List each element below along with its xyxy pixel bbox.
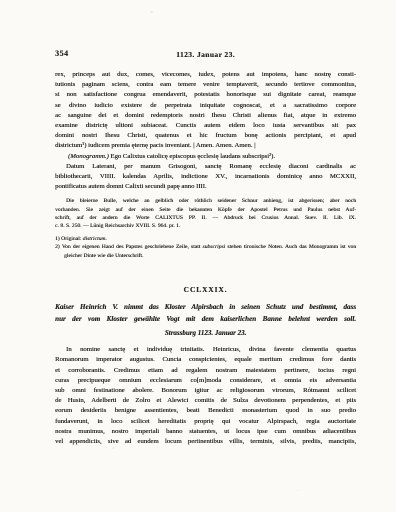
regest-heading: Kaiser Heinrich V. nimmt das Kloster Alp… <box>55 301 356 325</box>
text-line: rex, princeps aut dux, comes, vicecomes,… <box>55 70 356 80</box>
footnote-2-before: 2) Von der eigenen Hand des Papstes gesc… <box>55 244 202 250</box>
seal-note: Die bleierne Bulle, welche an gelblich o… <box>55 197 356 230</box>
text-line: eorum desideriis benigne assentientes, b… <box>55 406 356 416</box>
text-line: de Husin, Adelberti de Zolro et Alewici … <box>55 396 356 406</box>
scan-speck <box>112 447 114 449</box>
scan-speck <box>345 102 347 104</box>
text-line: districtum¹) iudicem premia ęternę pacis… <box>55 141 356 151</box>
place-date-line: Strassburg 1123. Januar 23. <box>55 329 356 337</box>
text-line: nur der vom Kloster gewählte Vogt mit de… <box>55 313 356 325</box>
scan-speck <box>297 490 299 491</box>
subscription-text: Ego Calixtus catolicę episcopus ęcclesię… <box>109 153 275 160</box>
text-line: vel appendiciis, sive ad eundem locum pe… <box>55 437 356 447</box>
text-line: In nomine sanctę et individuę trinitatis… <box>55 345 356 355</box>
text-line: bibliothecarii, VIIII. kalendas Aprilis,… <box>55 172 356 182</box>
text-line: si non satisfactione congrua emendaverit… <box>55 90 356 100</box>
text-line: Romanorum imperator augustus. Cuncta con… <box>55 355 356 365</box>
text-line: curas precipueque omnium ecclesiarum co[… <box>55 376 356 386</box>
monogram-note: (Monogramm.) <box>68 153 109 160</box>
text-line: examine districtę ultioni subiaceat. Cun… <box>55 121 356 131</box>
text-line: Kaiser Heinrich V. nimmt das Kloster Alp… <box>55 301 356 313</box>
running-head: 1123. Januar 23. <box>55 50 356 59</box>
footnote-1-term: districtum. <box>83 236 107 242</box>
text-line: domini nostri Ihesu Christi, quatenus et… <box>55 131 356 141</box>
charter-heinrich-body: In nomine sanctę et individuę trinitatis… <box>55 345 356 447</box>
text-line: et corroborantis. Credimus etiam ad rega… <box>55 366 356 376</box>
section-number: CCLXXIX. <box>55 285 356 294</box>
page-header: 354 1123. Januar 23. <box>55 49 356 59</box>
text-line: Die bleierne Bulle, welche an gelblich o… <box>55 197 356 205</box>
footnote-2-term: subscripsi <box>202 244 225 250</box>
footnote-2: 2) Von der eigenen Hand des Papstes gesc… <box>55 243 356 259</box>
text-line: Datum Laterani, per manum Grisogoni, san… <box>55 162 356 172</box>
footnote-1-prefix: 1) Original: <box>55 236 83 242</box>
text-line: vorhanden. Sie zeigt auf der einen Seite… <box>55 206 356 214</box>
text-line: pontificatus autem domni Calixti secundi… <box>55 182 356 192</box>
text-line: nostra munimus, nostro imperiali banno s… <box>55 427 356 437</box>
text-line: schrift, auf der andern die Worte CALIXT… <box>55 214 356 222</box>
text-line: fundaverunt, in loco scilicet hereditati… <box>55 417 356 427</box>
text-line: ac sanguine dei et domini redemptoris no… <box>55 111 356 121</box>
text-line: sub omni festinatione abolere. Bonorum i… <box>55 386 356 396</box>
text-line: se divino iudicio existere de perpetrata… <box>55 101 356 111</box>
scan-speck <box>150 11 153 13</box>
footnote-1: 1) Original: districtum. <box>55 235 356 243</box>
footnotes: 1) Original: districtum. 2) Von der eige… <box>55 235 356 260</box>
datum-paragraph: Datum Laterani, per manum Grisogoni, san… <box>55 162 356 193</box>
subscription-line: (Monogramm.) Ego Calixtus catolicę episc… <box>55 152 356 162</box>
text-line: c. 8. S. 250. — Lünig Reichsarchiv XVIII… <box>55 222 356 230</box>
text-line: tutionis paginam sciens, contra eam teme… <box>55 80 356 90</box>
document-page: 354 1123. Januar 23. rex, princeps aut d… <box>0 0 396 512</box>
charter-calixt-body: rex, princeps aut dux, comes, vicecomes,… <box>55 70 356 152</box>
